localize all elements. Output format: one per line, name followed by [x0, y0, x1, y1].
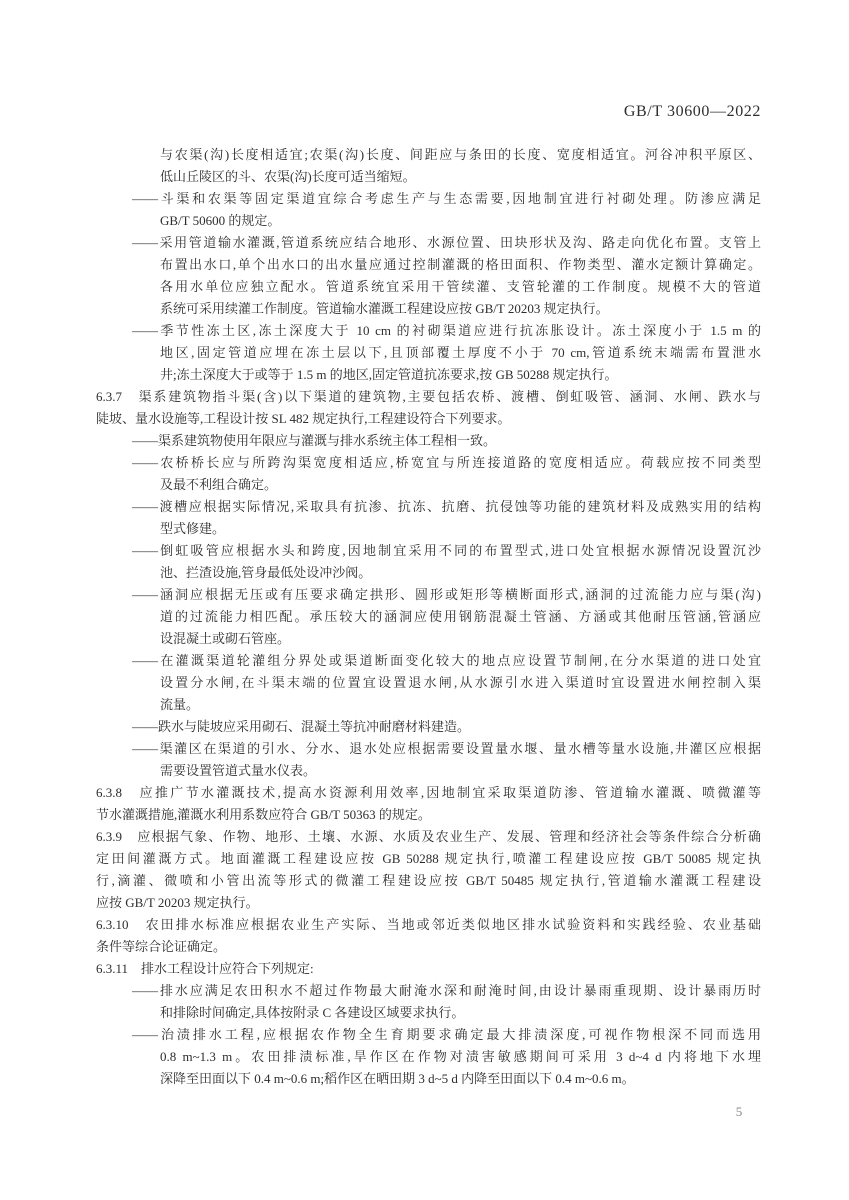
paragraph-continuation-line: 和排除时间确定,具体按附录 C 各建设区域要求执行。: [160, 1002, 761, 1024]
document-page: GB/T 30600—2022 与农渠(沟)长度相适宜;农渠(沟)长度、间距应与…: [0, 0, 849, 1200]
dash-list-item-line: ——涵洞应根据无压或有压要求确定拱形、圆形或矩形等横断面形式,涵洞的过流能力应与…: [132, 584, 761, 606]
dash-list-item-line: ——跌水与陡坡应采用砌石、混凝土等抗冲耐磨材料建造。: [132, 716, 761, 738]
paragraph-continuation-line: 需要设置管道式量水仪表。: [160, 760, 761, 782]
page-number: 5: [728, 1104, 750, 1120]
clause-text-line: 应按 GB/T 20203 规定执行。: [96, 892, 761, 914]
dash-list-item-line: ——倒虹吸管应根据水头和跨度,因地制宜采用不同的布置型式,进口处宜根据水源情况设…: [132, 540, 761, 562]
paragraph-continuation-line: 系统可采用续灌工作制度。管道输水灌溉工程建设应按 GB/T 20203 规定执行…: [160, 298, 761, 320]
dash-list-item-line: ——季节性冻土区,冻土深度大于 10 cm 的衬砌渠道应进行抗冻胀设计。冻土深度…: [132, 320, 761, 342]
dash-list-item-line: ——治渍排水工程,应根据农作物全生育期要求确定最大排渍深度,可视作物根深不同而选…: [132, 1024, 761, 1046]
clause-text-line: 节水灌溉措施,灌溉水利用系数应符合 GB/T 50363 的规定。: [96, 804, 761, 826]
dash-list-item-line: ——采用管道输水灌溉,管道系统应结合地形、水源位置、田块形状及沟、路走向优化布置…: [132, 232, 761, 254]
dash-list-item-line: ——渠灌区在渠道的引水、分水、退水处应根据需要设置量水堰、量水槽等量水设施,井灌…: [132, 738, 761, 760]
clause-text-line: 6.3.8 应推广节水灌溉技术,提高水资源利用效率,因地制宜采取渠道防渗、管道输…: [96, 782, 761, 804]
clause-text-line: 6.3.7 渠系建筑物指斗渠(含)以下渠道的建筑物,主要包括农桥、渡槽、倒虹吸管…: [96, 386, 761, 408]
standard-code: GB/T 30600—2022: [624, 103, 761, 121]
paragraph-continuation-line: 深降至田面以下 0.4 m~0.6 m;稻作区在晒田期 3 d~5 d 内降至田…: [160, 1068, 761, 1090]
dash-list-item-line: ——在灌溉渠道轮灌组分界处或渠道断面变化较大的地点应设置节制闸,在分水渠道的进口…: [132, 650, 761, 672]
body-text: 与农渠(沟)长度相适宜;农渠(沟)长度、间距应与条田的长度、宽度相适宜。河谷冲积…: [96, 144, 761, 1090]
dash-list-item-line: ——农桥桥长应与所跨沟渠宽度相适应,桥宽宜与所连接道路的宽度相适应。荷载应按不同…: [132, 452, 761, 474]
paragraph-continuation-line: 设混凝土或砌石管座。: [160, 628, 761, 650]
paragraph-continuation-line: 布置出水口,单个出水口的出水量应通过控制灌溉的格田面积、作物类型、灌水定额计算确…: [160, 254, 761, 276]
paragraph-continuation-line: 各用水单位应独立配水。管道系统宜采用干管续灌、支管轮灌的工作制度。规模不大的管道: [160, 276, 761, 298]
paragraph-continuation-line: 流量。: [160, 694, 761, 716]
clause-text-line: 6.3.11 排水工程设计应符合下列规定:: [96, 958, 761, 980]
clause-text-line: 陡坡、量水设施等,工程设计按 SL 482 规定执行,工程建设符合下列要求。: [96, 408, 761, 430]
paragraph-continuation-line: 地区,固定管道应埋在冻土层以下,且顶部覆土厚度不小于 70 cm,管道系统末端需…: [160, 342, 761, 364]
clause-text-line: 条件等综合论证确定。: [96, 936, 761, 958]
paragraph-continuation-line: 型式修建。: [160, 518, 761, 540]
dash-list-item-line: ——渠系建筑物使用年限应与灌溉与排水系统主体工程相一致。: [132, 430, 761, 452]
paragraph-continuation-line: 低山丘陵区的斗、农渠(沟)长度可适当缩短。: [160, 166, 761, 188]
dash-list-item-line: ——渡槽应根据实际情况,采取具有抗渗、抗冻、抗磨、抗侵蚀等功能的建筑材料及成熟实…: [132, 496, 761, 518]
clause-text-line: 6.3.10 农田排水标准应根据农业生产实际、当地或邻近类似地区排水试验资料和实…: [96, 914, 761, 936]
dash-list-item-line: ——排水应满足农田积水不超过作物最大耐淹水深和耐淹时间,由设计暴雨重现期、设计暴…: [132, 980, 761, 1002]
paragraph-continuation-line: 设置分水闸,在斗渠末端的位置宜设置退水闸,从水源引水进入渠道时宜设置进水闸控制入…: [160, 672, 761, 694]
paragraph-continuation-line: 池、拦渣设施,管身最低处设冲沙阀。: [160, 562, 761, 584]
clause-text-line: 定田间灌溉方式。地面灌溉工程建设应按 GB 50288 规定执行,喷灌工程建设应…: [96, 848, 761, 870]
paragraph-continuation-line: 道的过流能力相匹配。承压较大的涵洞应使用钢筋混凝土管涵、方涵或其他耐压管涵,管涵…: [160, 606, 761, 628]
dash-list-item-line: ——斗渠和农渠等固定渠道宜综合考虑生产与生态需要,因地制宜进行衬砌处理。防渗应满…: [132, 188, 761, 210]
paragraph-continuation-line: 井;冻土深度大于或等于 1.5 m 的地区,固定管道抗冻要求,按 GB 5028…: [160, 364, 761, 386]
paragraph-continuation-line: 0.8 m~1.3 m。农田排渍标准,旱作区在作物对渍害敏感期间可采用 3 d~…: [160, 1046, 761, 1068]
paragraph-continuation-line: 与农渠(沟)长度相适宜;农渠(沟)长度、间距应与条田的长度、宽度相适宜。河谷冲积…: [160, 144, 761, 166]
clause-text-line: 行,滴灌、微喷和小管出流等形式的微灌工程建设应按 GB/T 50485 规定执行…: [96, 870, 761, 892]
paragraph-continuation-line: 及最不利组合确定。: [160, 474, 761, 496]
clause-text-line: 6.3.9 应根据气象、作物、地形、土壤、水源、水质及农业生产、发展、管理和经济…: [96, 826, 761, 848]
paragraph-continuation-line: GB/T 50600 的规定。: [160, 210, 761, 232]
